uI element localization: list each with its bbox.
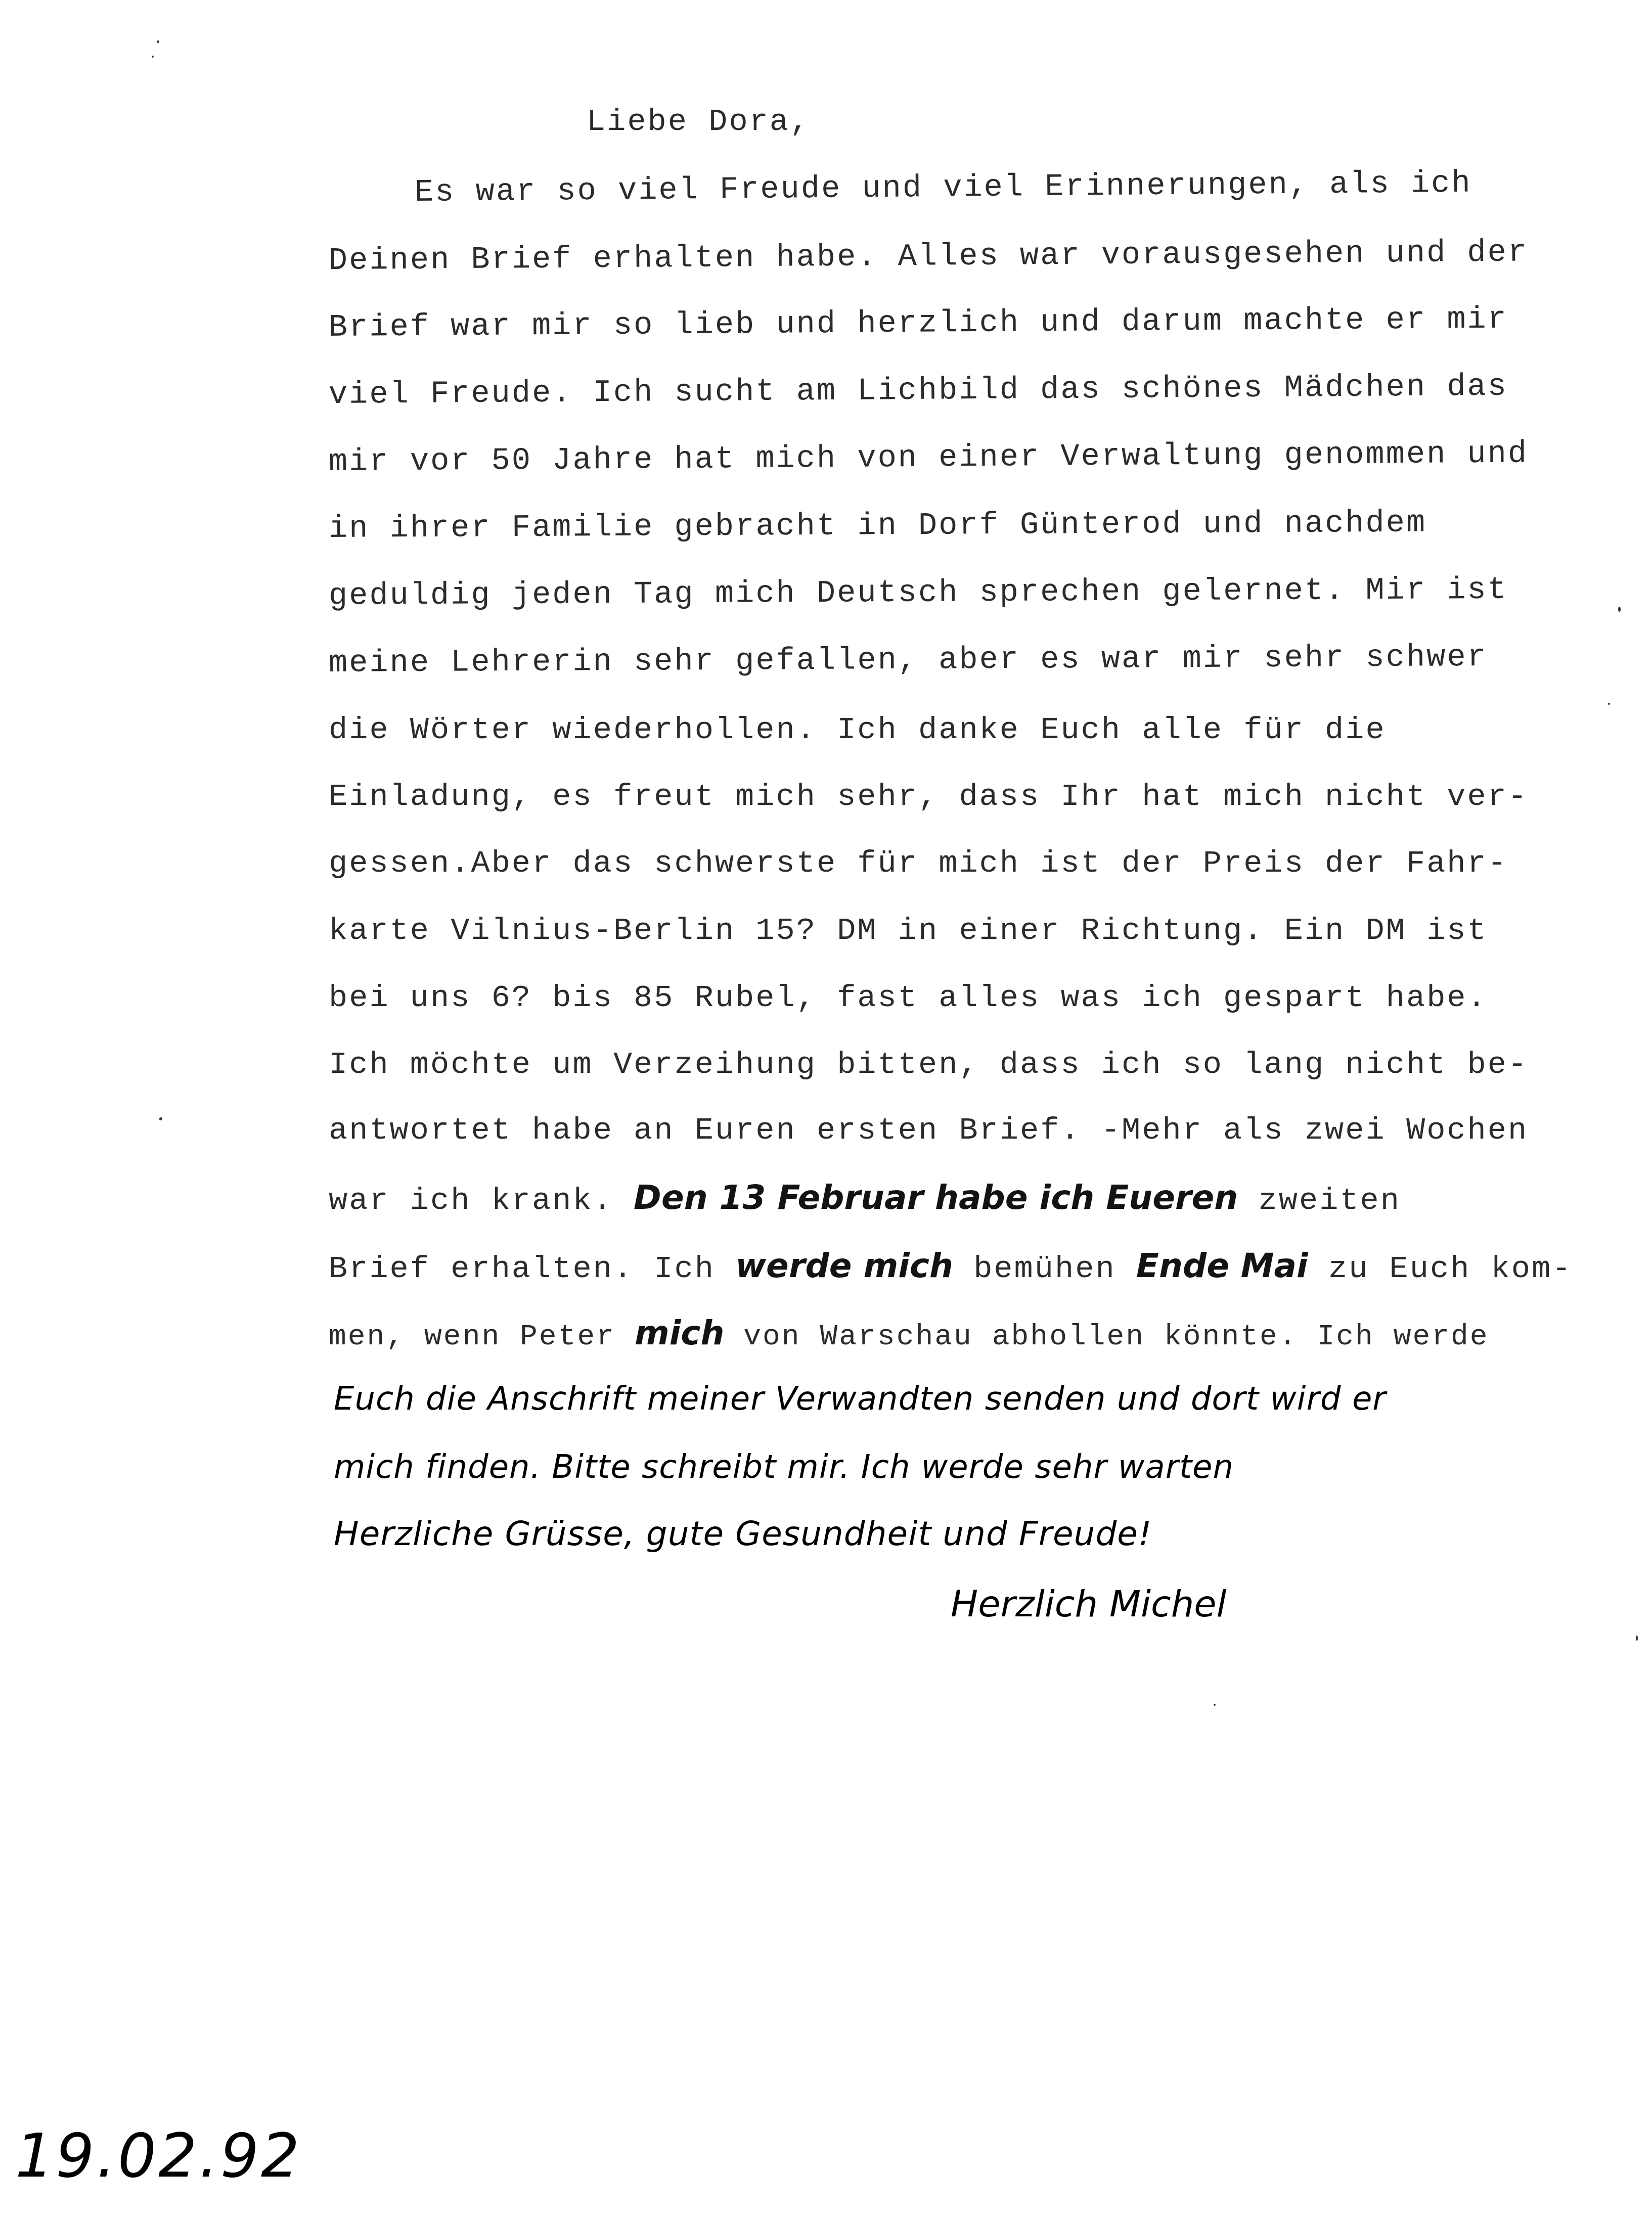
- typed-segment: bemühen: [973, 1251, 1115, 1287]
- handwritten-line: mich finden. Bitte schreibt mir. Ich wer…: [334, 1449, 1234, 1486]
- handwritten-date: 19.02.92: [15, 2121, 301, 2191]
- typed-segment: zweiten: [1259, 1183, 1401, 1218]
- scan-speck: [157, 40, 159, 43]
- typed-line: Deinen Brief erhalten habe. Alles war vo…: [329, 234, 1529, 279]
- typed-segment: war ich krank.: [329, 1183, 613, 1218]
- typed-segment: men, wenn Peter: [329, 1321, 615, 1353]
- typed-line: Ich möchte um Verzeihung bitten, dass ic…: [329, 1047, 1528, 1082]
- handwritten-line: Herzliche Grüsse, gute Gesundheit und Fr…: [334, 1514, 1152, 1553]
- handwritten-segment: werde mich: [735, 1246, 953, 1285]
- handwritten-segment: Ende Mai: [1136, 1246, 1308, 1285]
- scan-speck: [159, 1117, 162, 1120]
- typed-line: viel Freude. Ich sucht am Lichbild das s…: [329, 369, 1508, 413]
- handwritten-line: Euch die Anschrift meiner Verwandten sen…: [334, 1380, 1387, 1418]
- mixed-line: men, wenn Peter mich von Warschau abholl…: [329, 1314, 1489, 1353]
- typed-line: geduldig jeden Tag mich Deutsch sprechen…: [329, 572, 1508, 614]
- typed-line: Brief war mir so lieb und herzlich und d…: [329, 301, 1508, 345]
- typed-line: mir vor 50 Jahre hat mich von einer Verw…: [329, 435, 1529, 480]
- handwritten-segment: Den 13 Februar habe ich Eueren: [634, 1178, 1238, 1217]
- scan-speck: [1636, 1636, 1638, 1641]
- typed-line: gessen.Aber das schwerste für mich ist d…: [329, 845, 1508, 881]
- mixed-line: war ich krank. Den 13 Februar habe ich E…: [329, 1178, 1401, 1218]
- typed-line: Einladung, es freut mich sehr, dass Ihr …: [329, 779, 1528, 815]
- typed-line: antwortet habe an Euren ersten Brief. -M…: [329, 1112, 1528, 1148]
- typed-line: in ihrer Familie gebracht in Dorf Günter…: [329, 505, 1426, 547]
- typed-line: karte Vilnius-Berlin 15? DM in einer Ric…: [329, 913, 1488, 948]
- signature: Herzlich Michel: [951, 1582, 1227, 1625]
- typed-segment: zu Euch kom-: [1328, 1251, 1572, 1287]
- scan-speck: [1608, 703, 1610, 705]
- scan-speck: [1214, 1704, 1216, 1706]
- salutation: Liebe Dora,: [587, 104, 810, 140]
- typed-segment: Brief erhalten. Ich: [329, 1251, 715, 1287]
- typed-line: die Wörter wiederhollen. Ich danke Euch …: [329, 712, 1386, 748]
- handwritten-segment: mich: [635, 1314, 725, 1352]
- scan-speck: [1618, 607, 1621, 612]
- typed-line: Es war so viel Freude und viel Erinnerun…: [415, 165, 1472, 210]
- typed-segment: von Warschau abhollen könnte. Ich werde: [743, 1321, 1489, 1353]
- mixed-line: Brief erhalten. Ich werde mich bemühen E…: [329, 1246, 1572, 1287]
- typed-line: bei uns 6? bis 85 Rubel, fast alles was …: [329, 980, 1488, 1016]
- letter-page: Liebe Dora, Es war so viel Freude und vi…: [0, 0, 1652, 2216]
- scan-speck: [152, 56, 154, 58]
- typed-line: meine Lehrerin sehr gefallen, aber es wa…: [329, 639, 1488, 681]
